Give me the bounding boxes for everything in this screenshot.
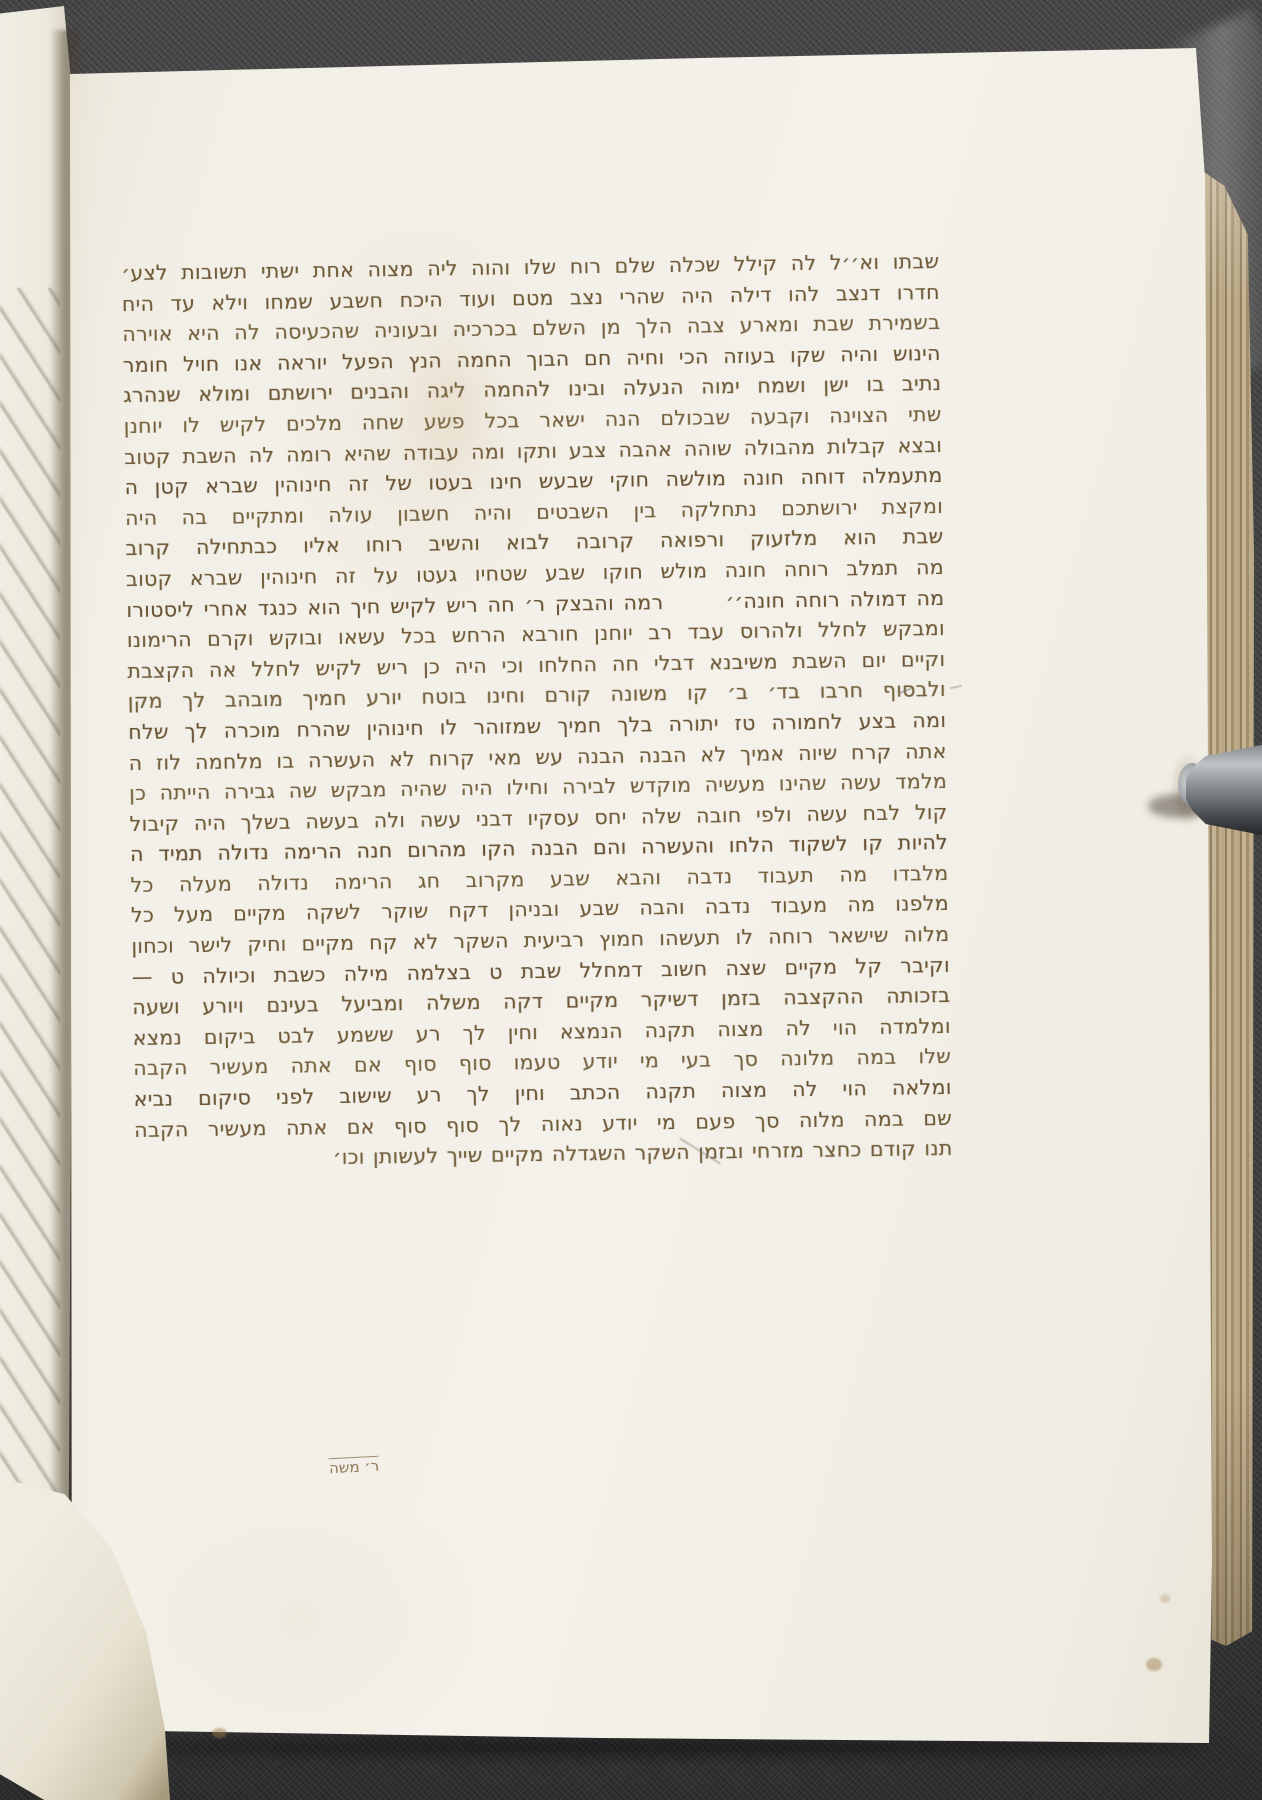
stain (212, 1728, 227, 1738)
stain (1146, 1658, 1162, 1671)
text-block: שבתו וא׳׳ל לה קילל שכלה שלם רוח שלו והוה… (121, 246, 953, 1176)
stain (402, 330, 502, 500)
manuscript-photo: שבתו וא׳׳ל לה קילל שכלה שלם רוח שלו והוה… (0, 0, 1262, 1800)
stain (1160, 1594, 1170, 1603)
